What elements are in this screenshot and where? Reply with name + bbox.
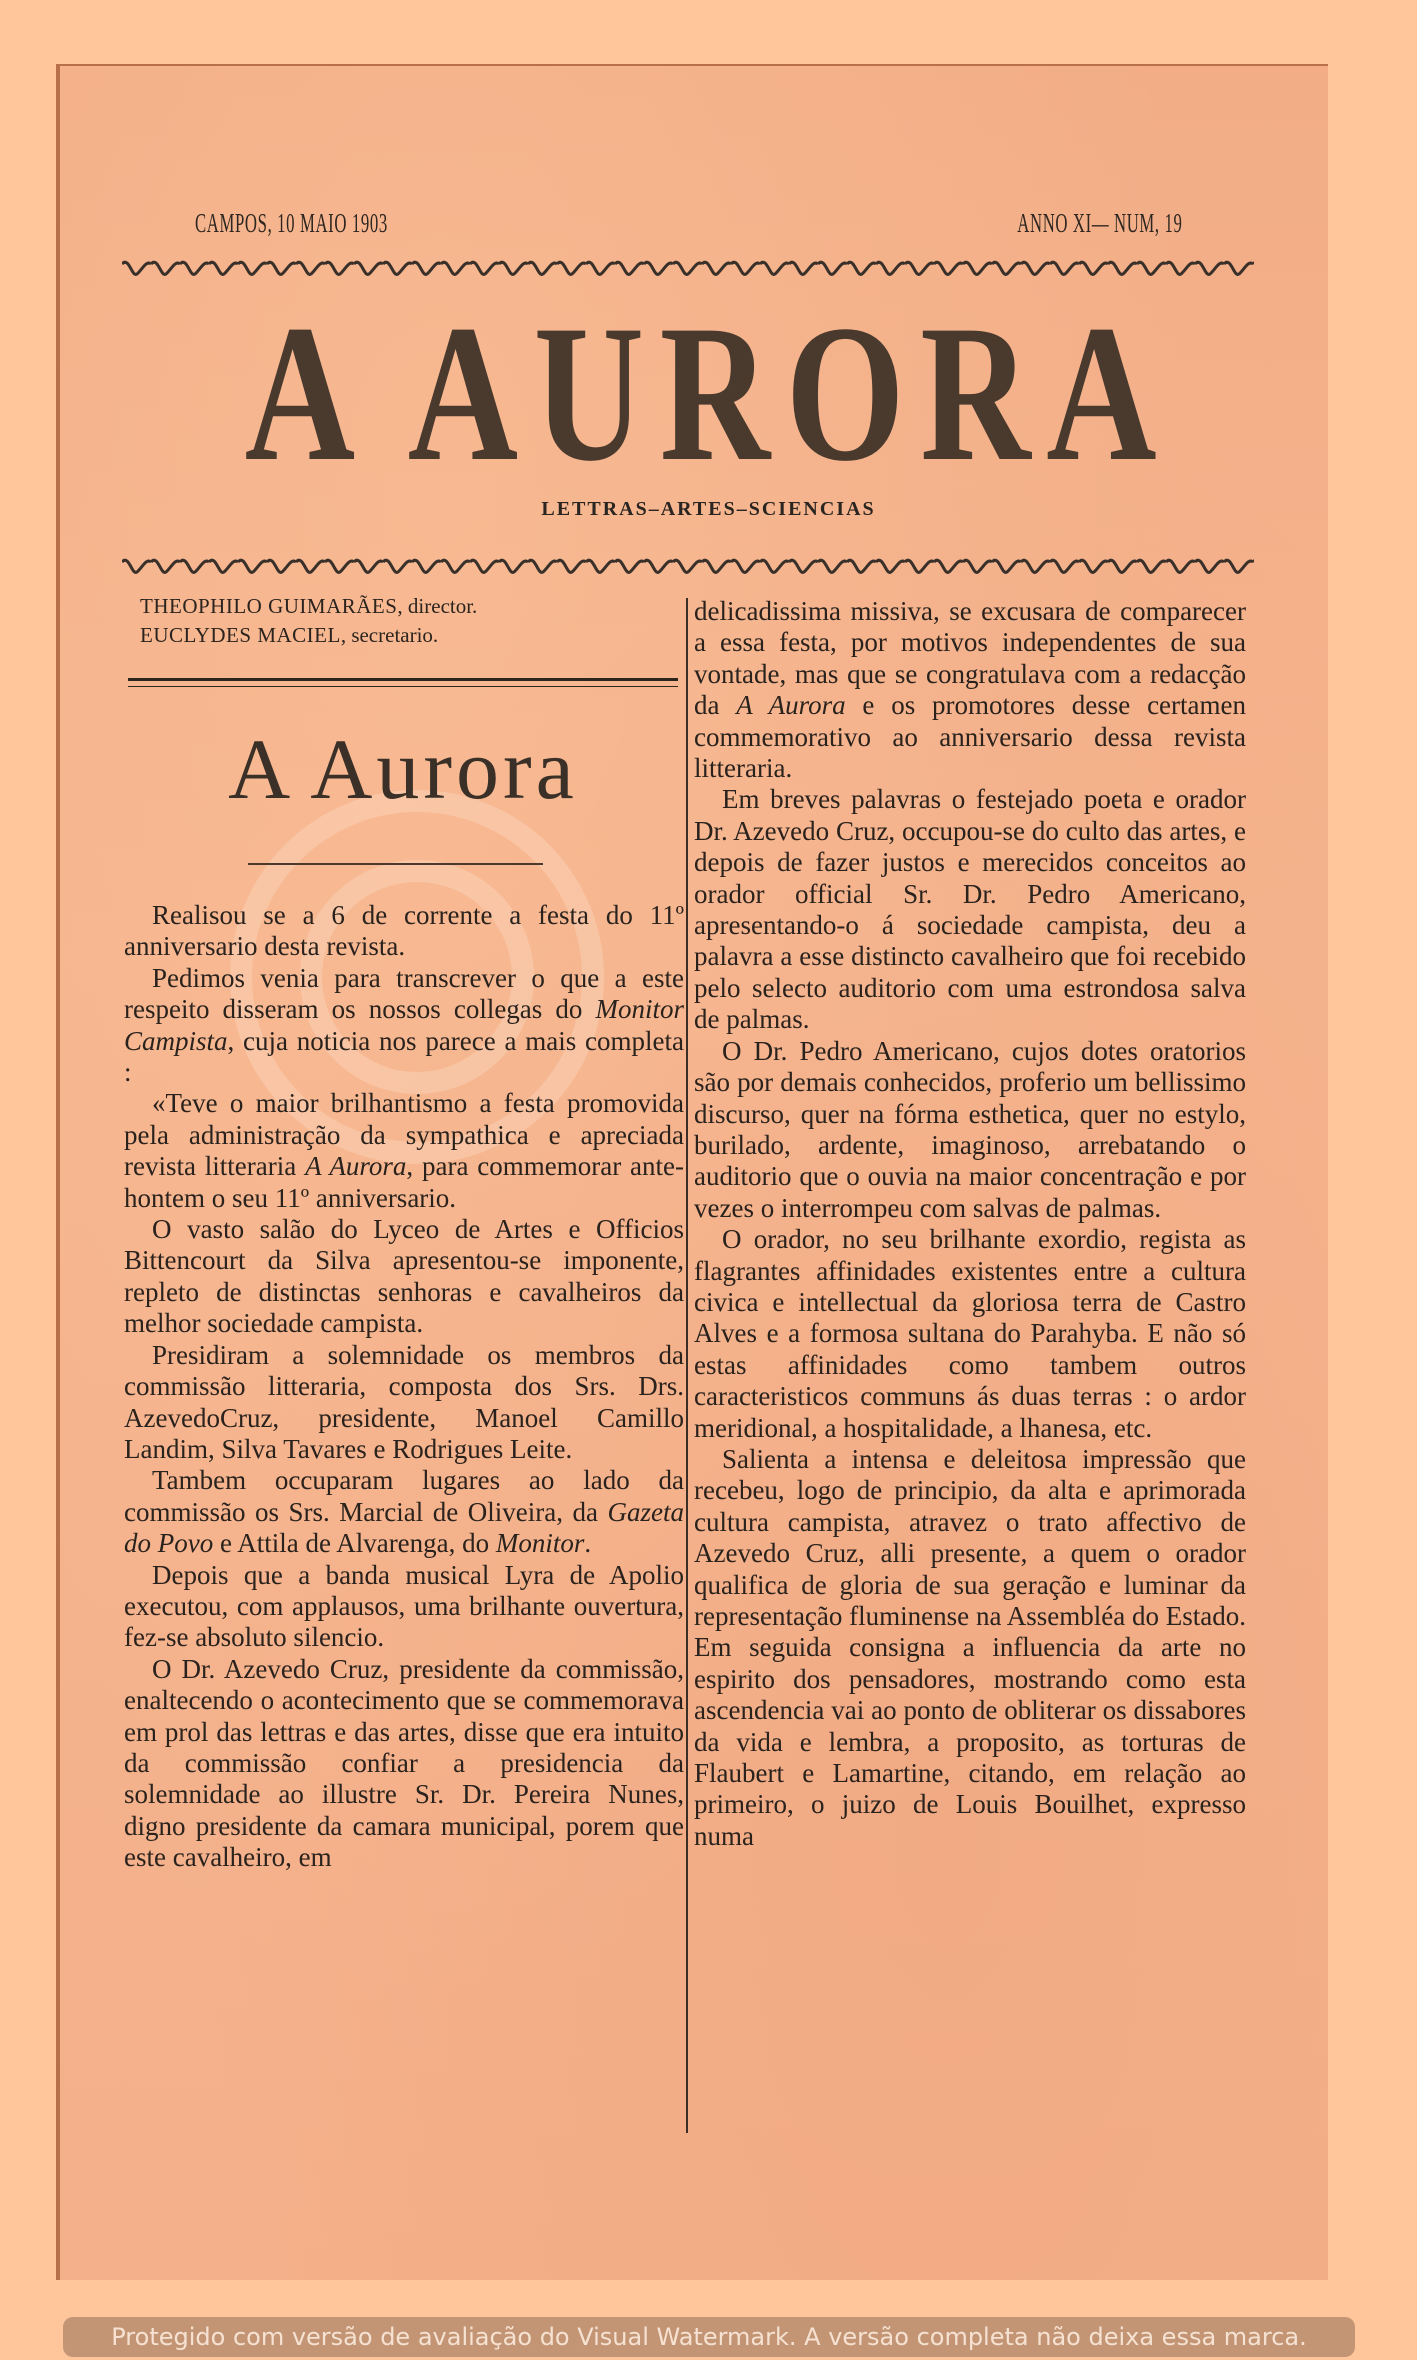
director-name: THEOPHILO GUIMARÃES <box>140 594 397 618</box>
paragraph: O Dr. Pedro Americano, cujos dotes orato… <box>694 1036 1246 1224</box>
paragraph: O orador, no seu brilhante exordio, regi… <box>694 1224 1246 1444</box>
watermark-notice-bar: Protegido com versão de avaliação do Vis… <box>63 2317 1355 2357</box>
staff-credits: THEOPHILO GUIMARÃES, director. EUCLYDES … <box>140 592 477 650</box>
paragraph: Depois que a banda musical Lyra de Apoli… <box>124 1560 684 1654</box>
publication-name: A Aurora <box>736 690 845 720</box>
paragraph: Presidiram a solemnidade os membros da c… <box>124 1340 684 1466</box>
publication-name: Monitor <box>496 1528 585 1558</box>
paragraph: Em breves palavras o festejado poeta e o… <box>694 784 1246 1035</box>
secretary-name: EUCLYDES MACIEL <box>140 623 341 647</box>
article-title: A Aurora <box>128 726 678 812</box>
double-rule-divider <box>128 678 678 687</box>
masthead-tagline: LETTRAS–ARTES–SCIENCIAS <box>0 498 1417 521</box>
paragraph: Salienta a intensa e deleitosa impressão… <box>694 1444 1246 1852</box>
secretary-line: EUCLYDES MACIEL, secretario. <box>140 621 477 650</box>
dateline-place-date: CAMPOS, 10 MAIO 1903 <box>195 208 388 239</box>
title-underline-rule <box>248 863 543 865</box>
masthead-title: A AURORA <box>156 296 1261 492</box>
paragraph: Pedimos venia para transcrever o que a e… <box>124 963 684 1089</box>
paragraph: Tambem occuparam lugares ao lado da comm… <box>124 1465 684 1559</box>
director-role: , director. <box>397 594 477 618</box>
article-left-column: Realisou se a 6 de corrente a festa do 1… <box>124 900 684 1874</box>
secretary-role: , secretario. <box>341 623 438 647</box>
publication-name: A Aurora <box>305 1151 406 1181</box>
paragraph: O vasto salão do Lyceo de Artes e Offici… <box>124 1214 684 1340</box>
dateline-issue-number: ANNO XI— NUM, 19 <box>1017 208 1182 239</box>
paragraph: O Dr. Azevedo Cruz, presidente da commis… <box>124 1654 684 1874</box>
paragraph: Realisou se a 6 de corrente a festa do 1… <box>124 900 684 963</box>
ornamental-wave-rule-bottom <box>122 556 1254 578</box>
director-line: THEOPHILO GUIMARÃES, director. <box>140 592 477 621</box>
article-right-column: delicadissima missiva, se excusara de co… <box>694 596 1246 1852</box>
paragraph: «Teve o maior brilhantismo a festa promo… <box>124 1088 684 1214</box>
paragraph: delicadissima missiva, se excusara de co… <box>694 596 1246 784</box>
ornamental-wave-rule-top <box>122 258 1254 280</box>
column-divider <box>686 598 688 2133</box>
